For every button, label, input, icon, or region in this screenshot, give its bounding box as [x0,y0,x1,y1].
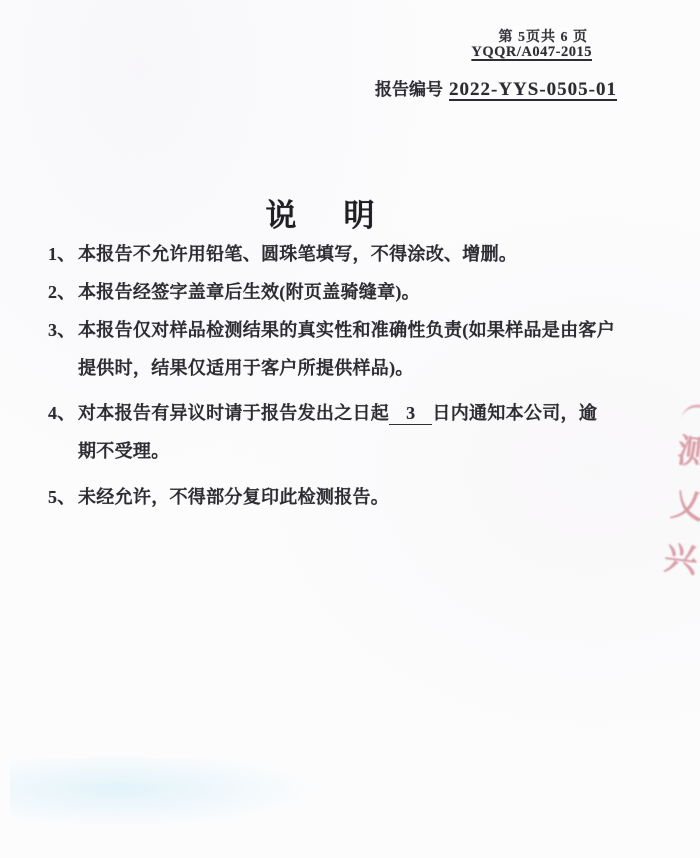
note-item-number: 2、 [48,273,78,311]
report-number-line: 报告编号2022-YYS-0505-01 [375,75,617,101]
report-number-label: 报告编号 [375,80,443,99]
note-item-text: 对本报告有异议时请于报告发出之日起 [78,403,389,423]
report-number-value: 2022-YYS-0505-01 [449,79,617,100]
note-item-text: 未经允许，不得部分复印此检测报告。 [78,487,389,507]
note-item-text: 本报告经签字盖章后生效(附页盖骑缝章)。 [78,282,420,302]
seal-character: 乂 [668,478,700,529]
note-item-text-wrap: 期不受理。 [48,432,662,470]
page-title: 说 明 [0,190,648,235]
scan-artifact-tint [10,758,320,828]
note-item-number: 5、 [48,478,78,516]
note-item-text: 日内通知本公司，逾 [432,403,597,423]
note-item-4: 4、对本报告有异议时请于报告发出之日起3日内通知本公司，逾 期不受理。 [48,394,662,470]
seal-arc-stroke [681,403,700,424]
page-number-label: 第 5页共 6 页 [499,26,589,46]
note-item-3: 3、本报告仅对样品检测结果的真实性和准确性负责(如果样品是由客户 提供时，结果仅… [48,311,662,387]
note-item-1: 1、本报告不允许用铅笔、圆珠笔填写，不得涂改、增删。 [48,235,662,273]
note-item-text: 本报告不允许用铅笔、圆珠笔填写，不得涂改、增删。 [78,244,517,264]
notes-list: 1、本报告不允许用铅笔、圆珠笔填写，不得涂改、增删。 2、本报告经签字盖章后生效… [48,235,662,516]
seal-character: 兴 [662,532,700,583]
note-item-5: 5、未经允许，不得部分复印此检测报告。 [48,478,662,516]
note-item-2: 2、本报告经签字盖章后生效(附页盖骑缝章)。 [48,273,662,311]
document-code: YQQR/A047-2015 [471,44,592,61]
note-item-number: 4、 [48,394,78,432]
scanned-report-page: 第 5页共 6 页 YQQR/A047-2015 报告编号2022-YYS-05… [0,0,700,858]
seal-character: 测 [675,424,700,475]
note-item-number: 3、 [48,311,78,349]
note-item-text-wrap: 提供时，结果仅适用于客户所提供样品)。 [48,349,662,387]
note-item-text: 本报告仅对样品检测结果的真实性和准确性负责(如果样品是由客户 [78,320,615,340]
note-item-number: 1、 [48,235,78,273]
days-value-underlined: 3 [389,402,432,425]
